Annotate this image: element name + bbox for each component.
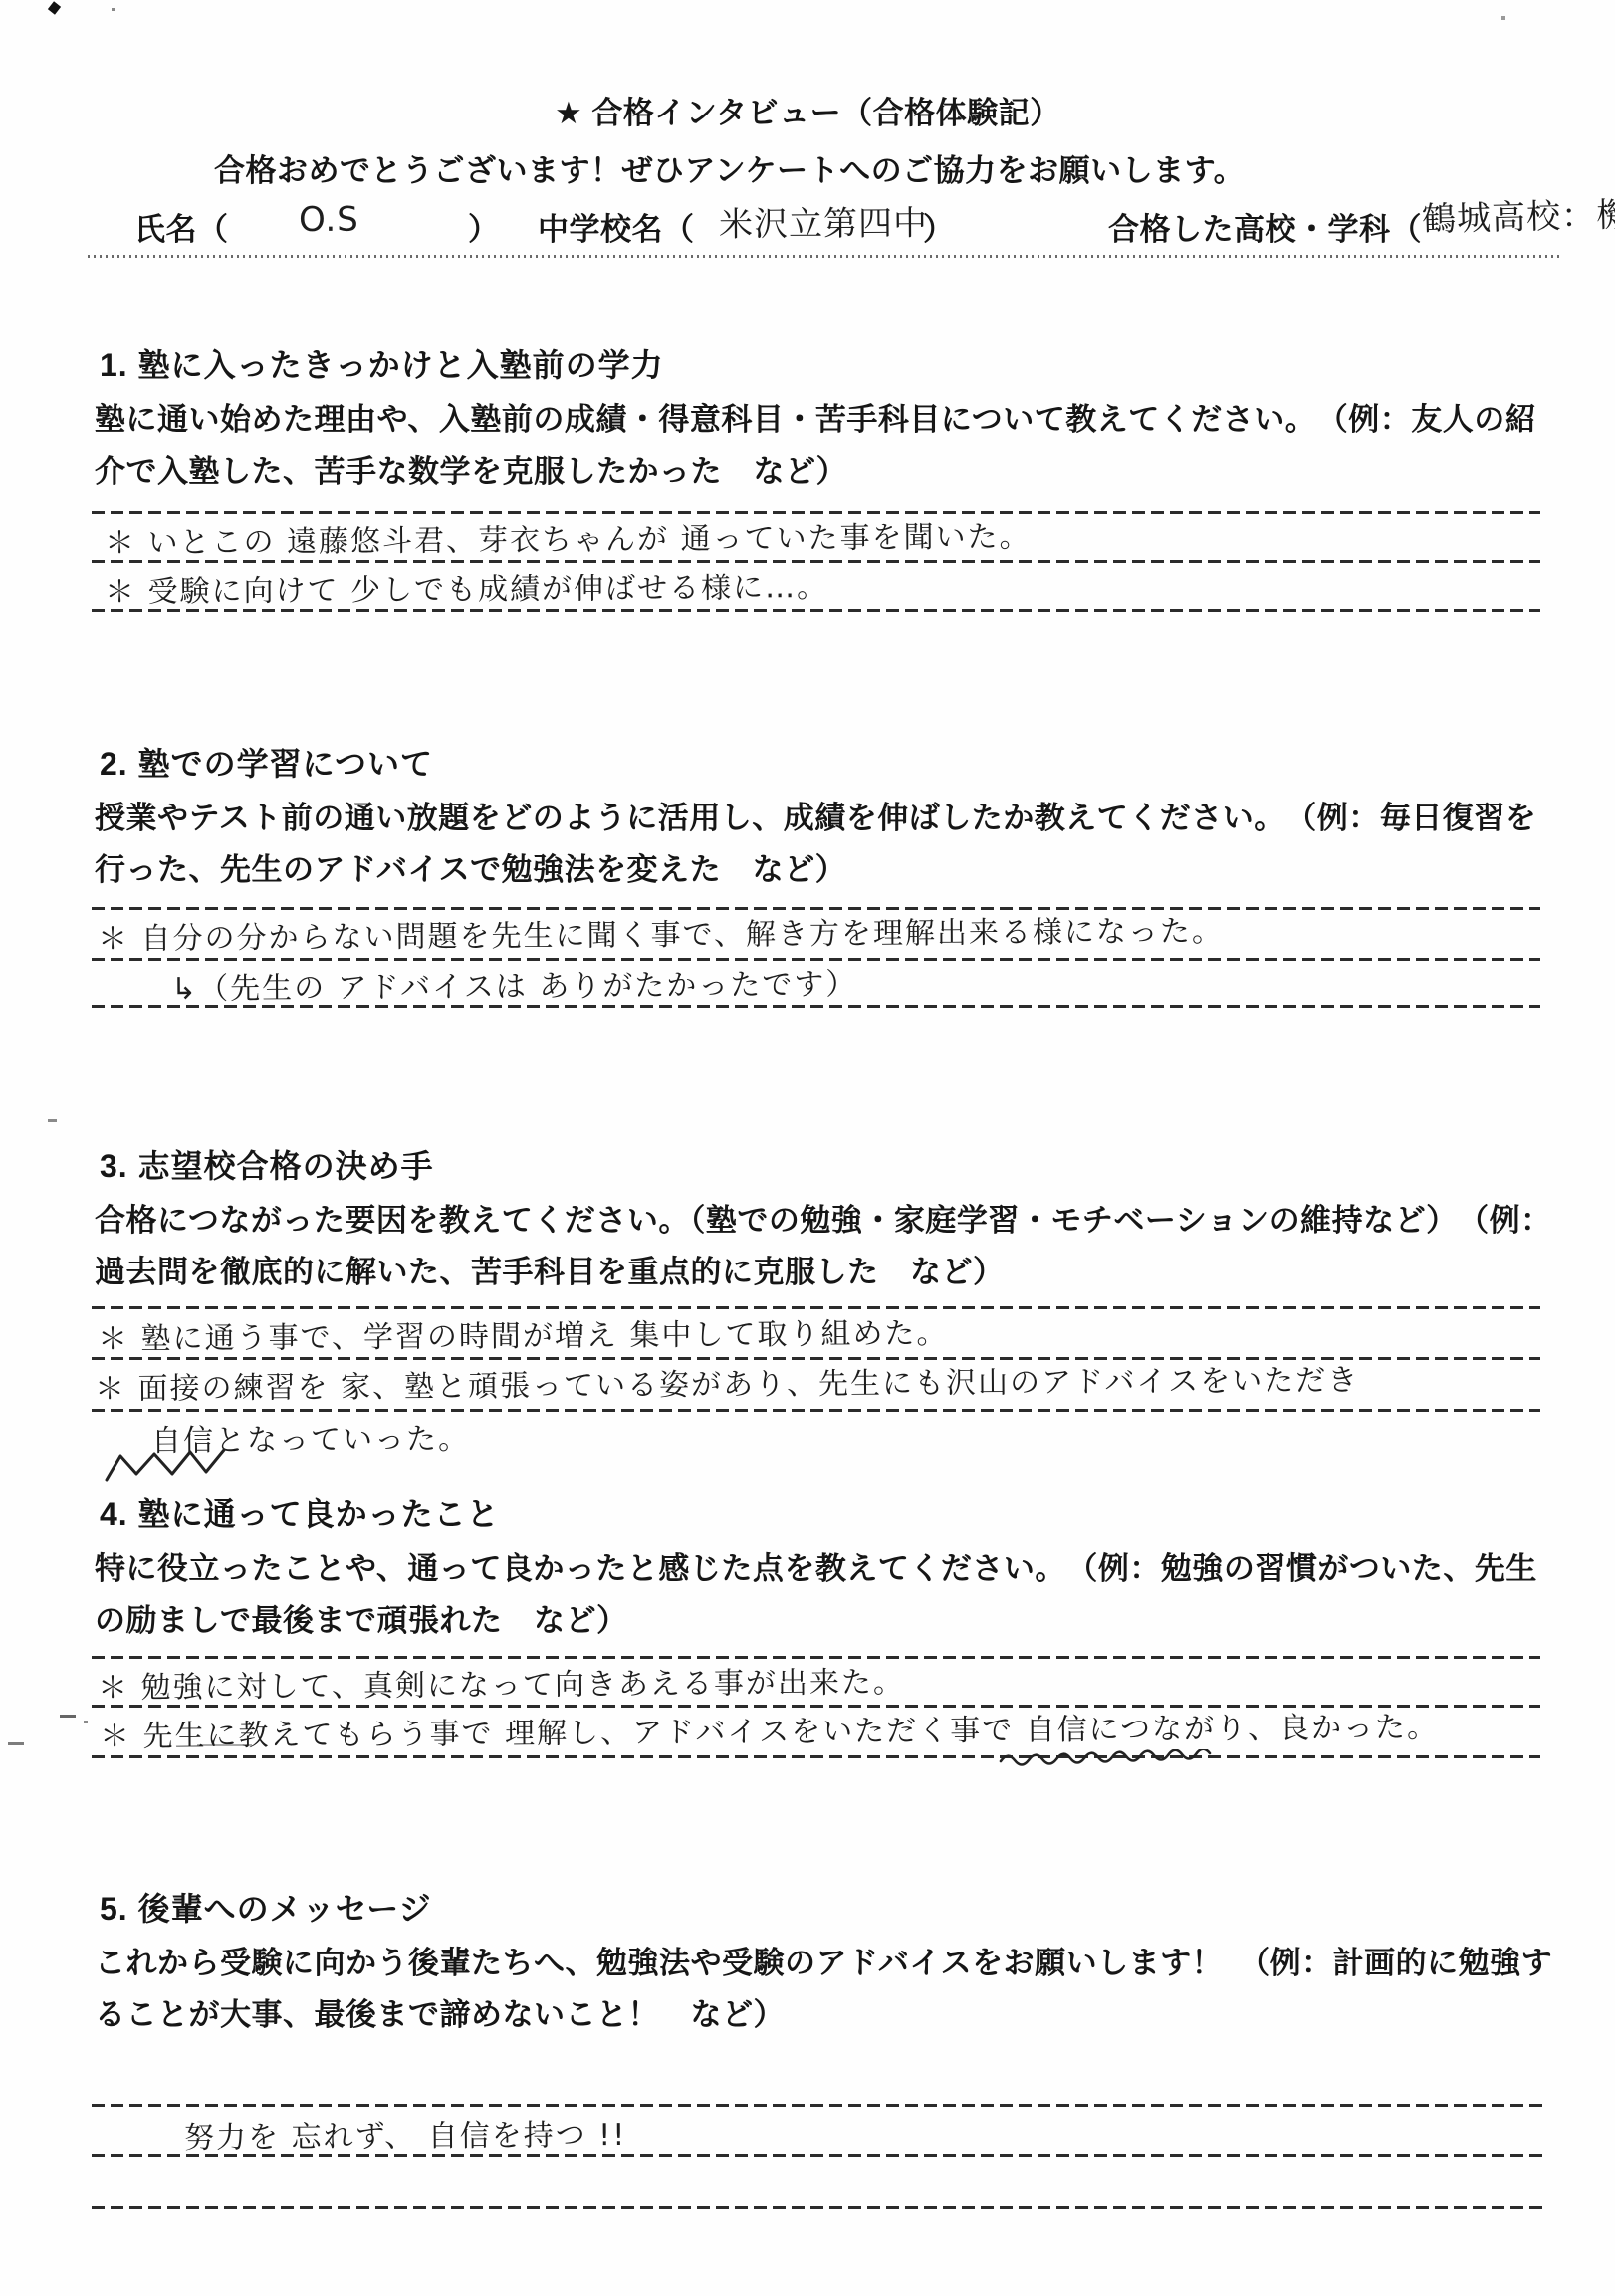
section-3-description-line-2: 過去問を徹底的に解いた、苦手科目を重点的に克服した など） xyxy=(95,1247,1005,1291)
scan-speck xyxy=(84,1721,88,1723)
section-2-answer-1-handwriting: ＊ 自分の分からない問題を先生に聞く事で、解き方を理解出来る様になった。 xyxy=(98,906,1224,958)
answer-rule xyxy=(92,1755,1540,1758)
answer-rule xyxy=(92,2206,1547,2209)
page-subtitle: 合格おめでとうございます！ぜひアンケートへのご協力をお願いします。 xyxy=(214,145,1245,190)
answer-rule xyxy=(92,609,1540,612)
scan-speck xyxy=(112,8,115,11)
result-value-handwriting: 鶴城高校：機械 xyxy=(1421,186,1615,241)
school-value-handwriting: 米沢立第四中 xyxy=(719,196,928,246)
school-label: 中学校名（ xyxy=(538,204,695,249)
scanned-survey-page: ★ 合格インタビュー（合格体験記） 合格おめでとうございます！ぜひアンケートへの… xyxy=(0,0,1615,2296)
section-1-description-line-1: 塾に通い始めた理由や、入塾前の成績・得意科目・苦手科目について教えてください。 … xyxy=(95,394,1536,439)
section-4-description-line-2: の励ましで最後まで頑張れた など） xyxy=(95,1595,628,1640)
section-4-description-line-1: 特に役立ったことや、通って良かったと感じた点を教えてください。 （例：勉強の習慣… xyxy=(95,1543,1537,1588)
section-1-answer-2-handwriting: ＊ 受験に向けて 少しでも成績が伸ばせる様に…。 xyxy=(105,563,828,611)
school-close-paren: ） xyxy=(923,204,955,249)
section-1-description-line-2: 介で入塾した、苦手な数学を克服したかった など） xyxy=(95,446,847,491)
name-row-separator xyxy=(88,255,1561,258)
answer-rule xyxy=(92,2154,1547,2157)
section-2-heading: 2. 塾での学習について xyxy=(100,739,433,785)
section-4-heading: 4. 塾に通って良かったこと xyxy=(100,1490,500,1535)
result-label: 合格した高校・学科（ xyxy=(1108,204,1422,249)
section-5-heading: 5. 後輩へのメッセージ xyxy=(100,1884,432,1930)
name-close-paren: ） xyxy=(468,204,500,249)
section-2-answer-2-handwriting: ↳（先生の アドバイスは ありがたかったです） xyxy=(171,959,858,1008)
wavy-underline xyxy=(103,1446,227,1484)
answer-rule xyxy=(92,1005,1540,1008)
section-4-answer-2-handwriting: ＊ 先生に教えてもらう事で 理解し、アドバイスをいただく事で 自信につながり、良… xyxy=(100,1703,1439,1755)
name-label: 氏名（ xyxy=(134,204,229,249)
section-5-answer-1-handwriting: 努力を 忘れず、 自信を持つ !! xyxy=(184,2110,627,2157)
section-2-description-line-1: 授業やテスト前の通い放題をどのように活用し、成績を伸ばしたか教えてください。 （… xyxy=(95,793,1536,837)
scan-speck xyxy=(48,1,61,14)
scan-speck xyxy=(48,1119,57,1122)
section-2-description-line-2: 行った、先生のアドバイスで勉強法を変えた など） xyxy=(95,844,846,889)
answer-rule xyxy=(92,2104,1545,2107)
page-title: ★ 合格インタビュー（合格体験記） xyxy=(555,88,1061,132)
section-3-description-line-1: 合格につながった要因を教えてください。（塾での勉強・家庭学習・モチベーションの維… xyxy=(95,1195,1552,1240)
answer-rule xyxy=(92,1409,1540,1412)
section-1-answer-1-handwriting: ＊ いとこの 遠藤悠斗君、芽衣ちゃんが 通っていた事を聞いた。 xyxy=(105,512,1032,562)
section-3-answer-2-handwriting: ＊ 面接の練習を 家、塾と頑張っている姿があり、先生にも沢山のアドバイスをいただ… xyxy=(95,1355,1359,1408)
section-1-heading: 1. 塾に入ったきっかけと入塾前の学力 xyxy=(100,341,664,386)
section-3-answer-1-handwriting: ＊ 塾に通う事で、学習の時間が増え 集中して取り組めた。 xyxy=(98,1308,949,1358)
section-5-description-line-1: これから受験に向かう後輩たちへ、勉強法や受験のアドバイスをお願いします！ （例：… xyxy=(95,1938,1552,1982)
section-4-answer-1-handwriting: ＊ 勉強に対して、真剣になって向きあえる事が出来た。 xyxy=(98,1657,905,1707)
name-value-handwriting: O.S xyxy=(299,200,359,240)
scan-speck xyxy=(60,1715,76,1718)
section-3-heading: 3. 志望校合格の決め手 xyxy=(100,1141,434,1187)
section-5-description-line-2: ることが大事、最後まで諦めないこと！ など） xyxy=(95,1989,785,2034)
wavy-underline xyxy=(999,1749,1233,1769)
scan-speck xyxy=(1501,16,1505,20)
scan-speck xyxy=(8,1742,24,1745)
